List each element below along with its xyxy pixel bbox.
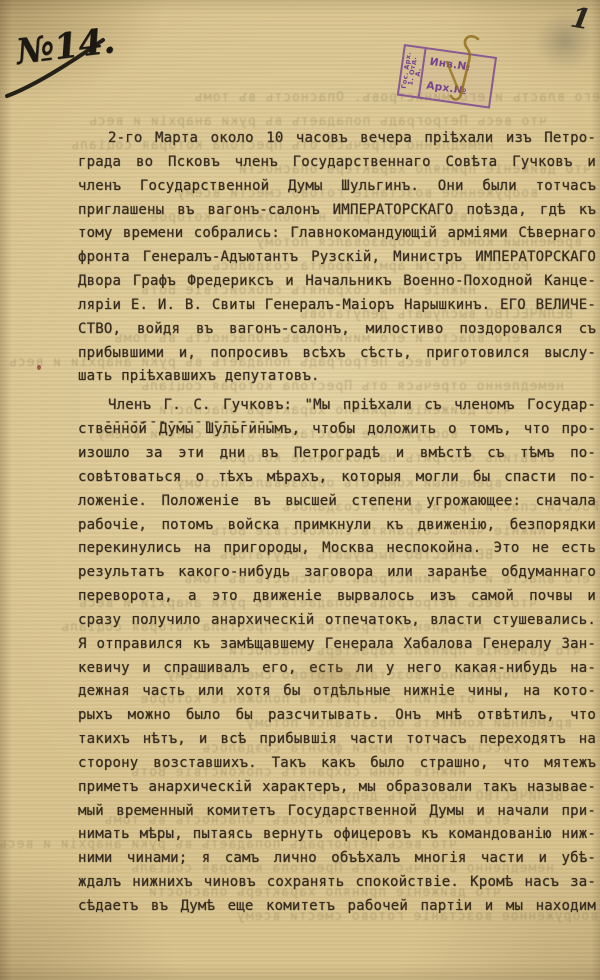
stamp-text: А. <box>414 68 421 77</box>
archive-stamp: Гос. Арх. 1. Отд. А. Инв.№ Арх.№ <box>397 44 497 109</box>
typed-line: переворота, а это движеніе вырвалось изъ… <box>78 588 596 612</box>
typed-line: прибывшими и, попросивъ всѣхъ сѣсть, при… <box>78 345 596 369</box>
typed-line: рыхъ можно было бы разсчитывать. Онъ мнѣ… <box>78 707 596 731</box>
typed-line: приглашены въ вагонъ-салонъ ИМПЕРАТОРСКА… <box>78 202 596 226</box>
typed-line: шать пріѣхавшихъ депутатовъ. <box>78 368 596 392</box>
typed-line: сразу получило анархическій отпечатокъ, … <box>78 612 596 636</box>
typed-line: совѣтоваться о тѣхъ мѣрахъ, которыя могл… <box>78 469 596 493</box>
typed-line: ждалъ нижнихъ чиновъ сохранять спокойств… <box>78 874 596 898</box>
typed-line: ложеніе. Положеніе въ высшей степени угр… <box>78 493 596 517</box>
stamp-arch-label: Арх.№ <box>426 80 491 101</box>
typed-line: сѣдаетъ въ Думѣ еще комитетъ рабочей пар… <box>78 898 596 922</box>
archive-stamp-right-cell: Инв.№ Арх.№ <box>420 49 495 106</box>
typed-line: сторону возставшихъ. Такъ какъ было стра… <box>78 755 596 779</box>
stamp-inv-label: Инв.№ <box>429 56 494 77</box>
handwritten-check-mark <box>0 0 600 130</box>
typed-line: Двора Графъ Фредериксъ и Начальникъ Воен… <box>78 273 596 297</box>
typed-line: рабочіе, потомъ войска примкнули къ движ… <box>78 517 596 541</box>
typed-line: мый временный комитетъ Государственной Д… <box>78 803 596 827</box>
typed-line: нимать мѣры, пытаясь вернуть офицеровъ к… <box>78 826 596 850</box>
typed-line: ними чинами; я самъ лично объѣхалъ многі… <box>78 850 596 874</box>
typed-line: перекинулись на пригороды, Москва неспок… <box>78 540 596 564</box>
typed-line: тому времени собрались: Главнокомандующі… <box>78 225 596 249</box>
stray-ink-dot <box>37 365 41 370</box>
typed-line: града во Псковъ членъ Государственнаго С… <box>78 154 596 178</box>
typed-line: изошло за эти дни въ Петроградѣ и вмѣстѣ… <box>78 445 596 469</box>
typed-line: ляріи Е. И. В. Свиты Генералъ-Маіоръ Нар… <box>78 297 596 321</box>
paper-stain <box>295 648 375 704</box>
handwritten-doc-number: №14. <box>14 20 117 73</box>
typed-dashed-underline: ------------------- <box>104 414 276 430</box>
text-block: 2-го Марта около 10 часовъ вечера пріѣха… <box>78 130 596 922</box>
typed-line: членъ Государственной Думы Шульгинъ. Они… <box>78 178 596 202</box>
scanned-document-page: его власть и его министровъ. Опасность в… <box>0 0 600 980</box>
typed-line: результатъ какого-нибудь заговора или за… <box>78 564 596 588</box>
typed-line: фронта Генералъ-Адъютантъ Рузскій, Минис… <box>78 249 596 273</box>
typed-line: такихъ нѣтъ, и всѣ прибывшія части тотча… <box>78 731 596 755</box>
typed-line: 2-го Марта около 10 часовъ вечера пріѣха… <box>78 130 596 154</box>
typed-line: приметъ анархическій характеръ, мы образ… <box>78 779 596 803</box>
bleedthrough-line: его власть и его министровъ. Опасность в… <box>0 86 600 110</box>
typed-line: СТВО, войдя въ вагонъ-салонъ, милостиво … <box>78 321 596 345</box>
